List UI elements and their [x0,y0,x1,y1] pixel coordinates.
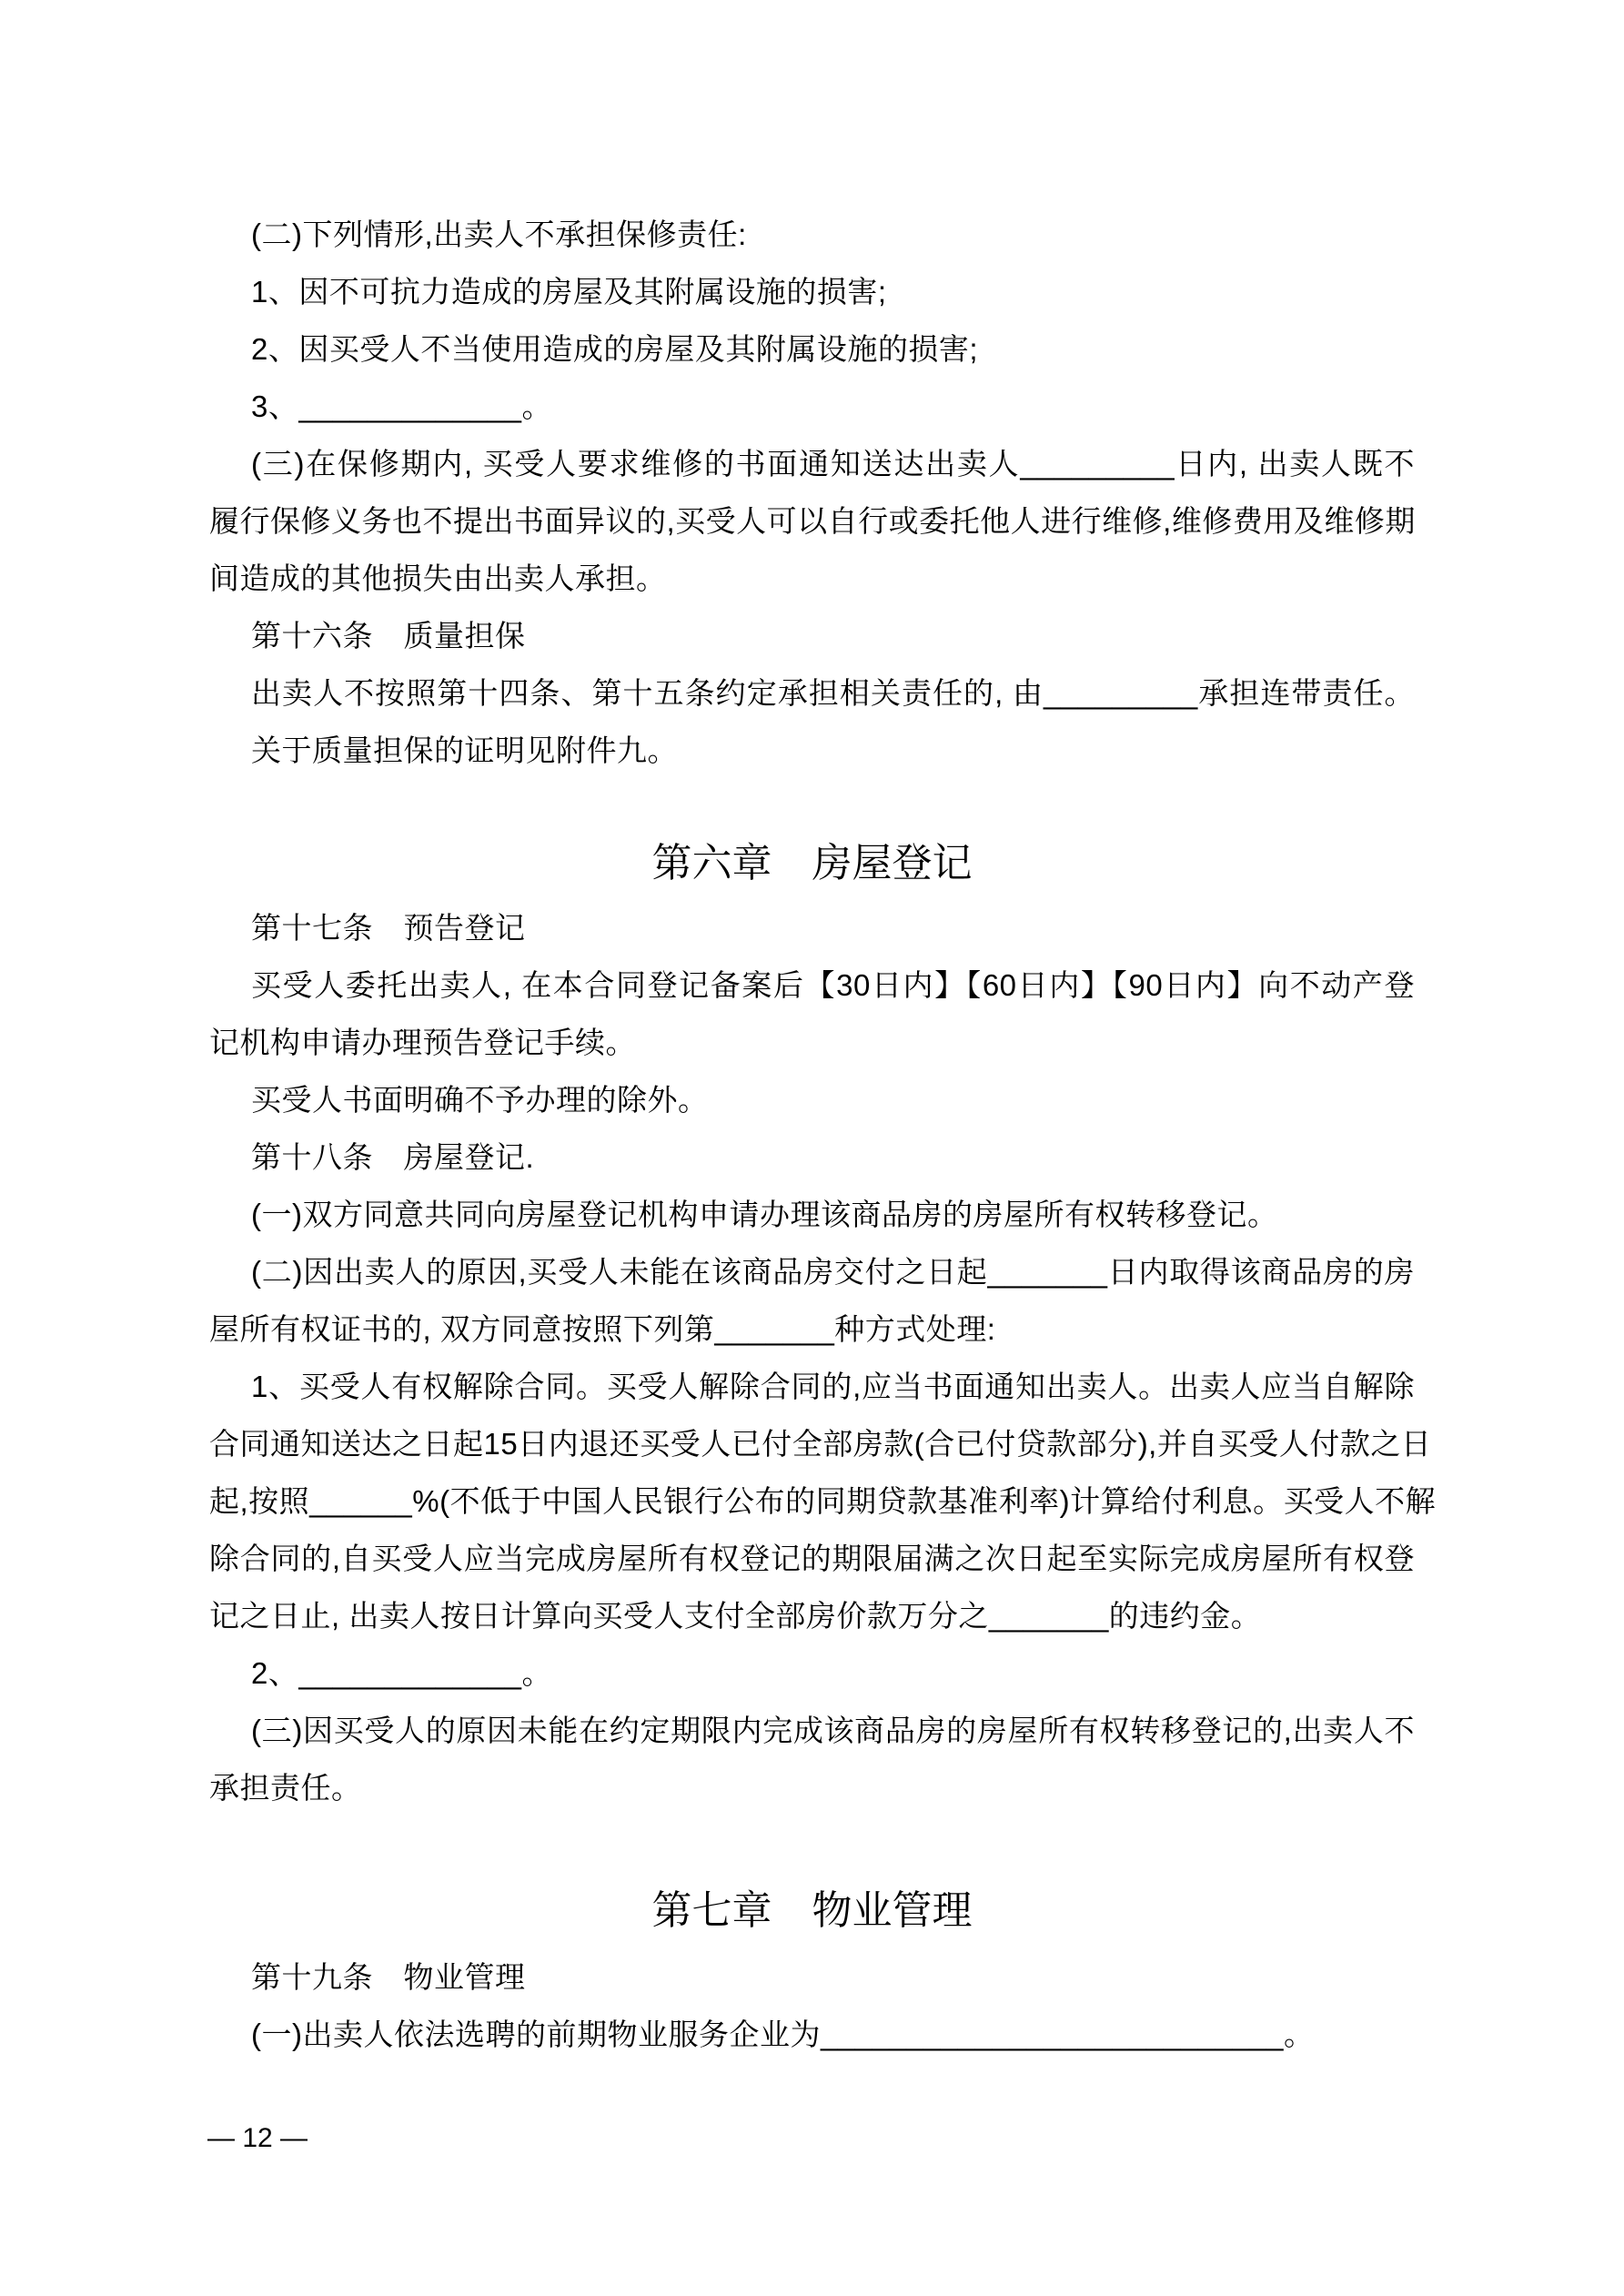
article-16-attachment-note: 关于质量担保的证明见附件九。 [209,722,1415,779]
clause-warranty-exemption-item-3-blank: 3、_____________。 [209,378,1415,435]
chapter-6-heading: 第六章 房屋登记 [209,832,1415,895]
article-19-item-1-blank: (一)出卖人依法选聘的前期物业服务企业为____________________… [209,2006,1415,2063]
contract-body: (二)下列情形,出卖人不承担保修责任: 1、因不可抗力造成的房屋及其附属设施的损… [209,206,1415,2063]
article-17-exception: 买受人书面明确不予办理的除外。 [209,1071,1415,1128]
article-18-item-2-line-1: (二)因出卖人的原因,买受人未能在该商品房交付之日起_______日内取得该商品… [209,1243,1415,1300]
article-18-item-3-line-2: 承担责任。 [209,1759,1415,1816]
article-18-title: 第十八条 房屋登记. [209,1128,1415,1186]
clause-warranty-period-line-2: 履行保修义务也不提出书面异议的,买受人可以自行或委托他人进行维修,维修费用及维修… [209,492,1415,550]
page-number: — 12 — [207,2120,308,2157]
article-17-body-line-1: 买受人委托出卖人, 在本合同登记备案后【30日内】【60日内】【90日内】向不动… [209,956,1415,1014]
clause-warranty-period-line-3: 间造成的其他损失由出卖人承担。 [209,550,1415,607]
clause-warranty-exemption-item-2: 2、因买受人不当使用造成的房屋及其附属设施的损害; [209,320,1415,378]
article-19-title: 第十九条 物业管理 [209,1948,1415,2006]
contract-page: { "document": { "lines": [ "(二)下列情形,出卖人不… [0,0,1624,2296]
clause-warranty-exemption-item-1: 1、因不可抗力造成的房屋及其附属设施的损害; [209,263,1415,320]
article-18-item-2-line-2: 屋所有权证书的, 双方同意按照下列第_______种方式处理: [209,1300,1415,1358]
article-18-option-1-line-2: 合同通知送达之日起15日内退还买受人已付全部房款(合已付贷款部分),并自买受人付… [209,1415,1415,1472]
chapter-7-heading: 第七章 物业管理 [209,1879,1415,1943]
article-16-body: 出卖人不按照第十四条、第十五条约定承担相关责任的, 由_________承担连带… [209,664,1415,722]
article-18-option-1-line-5: 记之日止, 出卖人按日计算向买受人支付全部房价款万分之_______的违约金。 [209,1587,1415,1644]
article-17-body-line-2: 记机构申请办理预告登记手续。 [209,1014,1415,1071]
article-18-option-1-line-1: 1、买受人有权解除合同。买受人解除合同的,应当书面通知出卖人。出卖人应当自解除 [209,1358,1415,1415]
article-18-option-1-line-4: 除合同的,自买受人应当完成房屋所有权登记的期限届满之次日起至实际完成房屋所有权登 [209,1530,1415,1587]
clause-warranty-period-line-1: (三)在保修期内, 买受人要求维修的书面通知送达出卖人_________日内, … [209,435,1415,492]
article-18-option-2-blank: 2、_____________。 [209,1644,1415,1702]
article-18-item-1: (一)双方同意共同向房屋登记机构申请办理该商品房的房屋所有权转移登记。 [209,1186,1415,1243]
article-16-title: 第十六条 质量担保 [209,607,1415,664]
article-18-item-3-line-1: (三)因买受人的原因未能在约定期限内完成该商品房的房屋所有权转移登记的,出卖人不 [209,1702,1415,1759]
article-18-option-1-line-3: 起,按照______%(不低于中国人民银行公布的同期贷款基准利率)计算给付利息。… [209,1472,1415,1530]
clause-warranty-exemption-intro: (二)下列情形,出卖人不承担保修责任: [209,206,1415,263]
article-17-title: 第十七条 预告登记 [209,899,1415,956]
